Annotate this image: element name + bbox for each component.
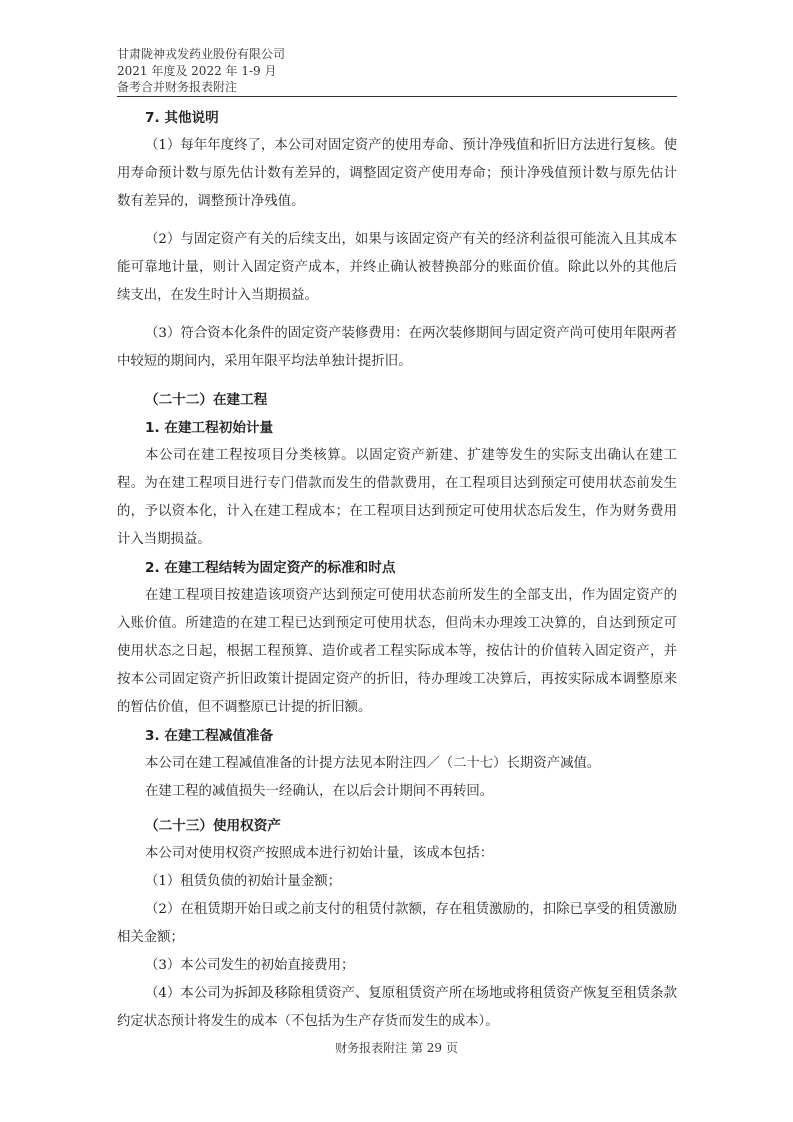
page-footer: 财务报表附注 第 29 页 — [0, 1039, 793, 1056]
section-23-item-4: （4）本公司为拆卸及移除租赁资产、复原租赁资产所在场地或将租赁资产恢复至租赁条款… — [117, 980, 677, 1036]
section-7-para-3: （3）符合资本化条件的固定资产装修费用：在两次装修期间与固定资产尚可使用年限两者… — [117, 320, 677, 376]
section-7-title: 7. 其他说明 — [117, 104, 677, 132]
header-company: 甘肃陇神戎发药业股份有限公司 — [117, 46, 677, 63]
section-22-sub3-title: 3. 在建工程减值准备 — [117, 722, 677, 750]
section-22-sub1-para: 本公司在建工程按项目分类核算。以固定资产新建、扩建等发生的实际支出确认在建工程。… — [117, 442, 677, 554]
section-23-item-1: （1）租赁负债的初始计量金额； — [117, 868, 677, 896]
section-22-sub2-title: 2. 在建工程结转为固定资产的标准和时点 — [117, 554, 677, 582]
section-23-item-2: （2）在租赁期开始日或之前支付的租赁付款额，存在租赁激励的，扣除已享受的租赁激励… — [117, 896, 677, 952]
section-23-item-3: （3）本公司发生的初始直接费用； — [117, 952, 677, 980]
section-7-para-1: （1）每年年度终了，本公司对固定资产的使用寿命、预计净残值和折旧方法进行复核。使… — [117, 132, 677, 216]
section-23-intro: 本公司对使用权资产按照成本进行初始计量，该成本包括： — [117, 840, 677, 868]
page-body: 7. 其他说明 （1）每年年度终了，本公司对固定资产的使用寿命、预计净残值和折旧… — [117, 104, 677, 1036]
header-period: 2021 年度及 2022 年 1-9 月 — [117, 63, 677, 80]
document-page: 甘肃陇神戎发药业股份有限公司 2021 年度及 2022 年 1-9 月 备考合… — [0, 0, 793, 1122]
header-divider — [117, 96, 677, 97]
section-22-title: （二十二）在建工程 — [117, 386, 677, 414]
page-header: 甘肃陇神戎发药业股份有限公司 2021 年度及 2022 年 1-9 月 备考合… — [117, 46, 677, 96]
section-22-sub3-para-1: 本公司在建工程减值准备的计提方法见本附注四／（二十七）长期资产减值。 — [117, 750, 677, 778]
section-23-title: （二十三）使用权资产 — [117, 812, 677, 840]
section-22-sub3-para-2: 在建工程的减值损失一经确认，在以后会计期间不再转回。 — [117, 778, 677, 806]
section-7-para-2: （2）与固定资产有关的后续支出，如果与该固定资产有关的经济利益很可能流入且其成本… — [117, 226, 677, 310]
section-22-sub1-title: 1. 在建工程初始计量 — [117, 414, 677, 442]
header-doc-title: 备考合并财务报表附注 — [117, 79, 677, 96]
section-22-sub2-para: 在建工程项目按建造该项资产达到预定可使用状态前所发生的全部支出，作为固定资产的入… — [117, 582, 677, 722]
